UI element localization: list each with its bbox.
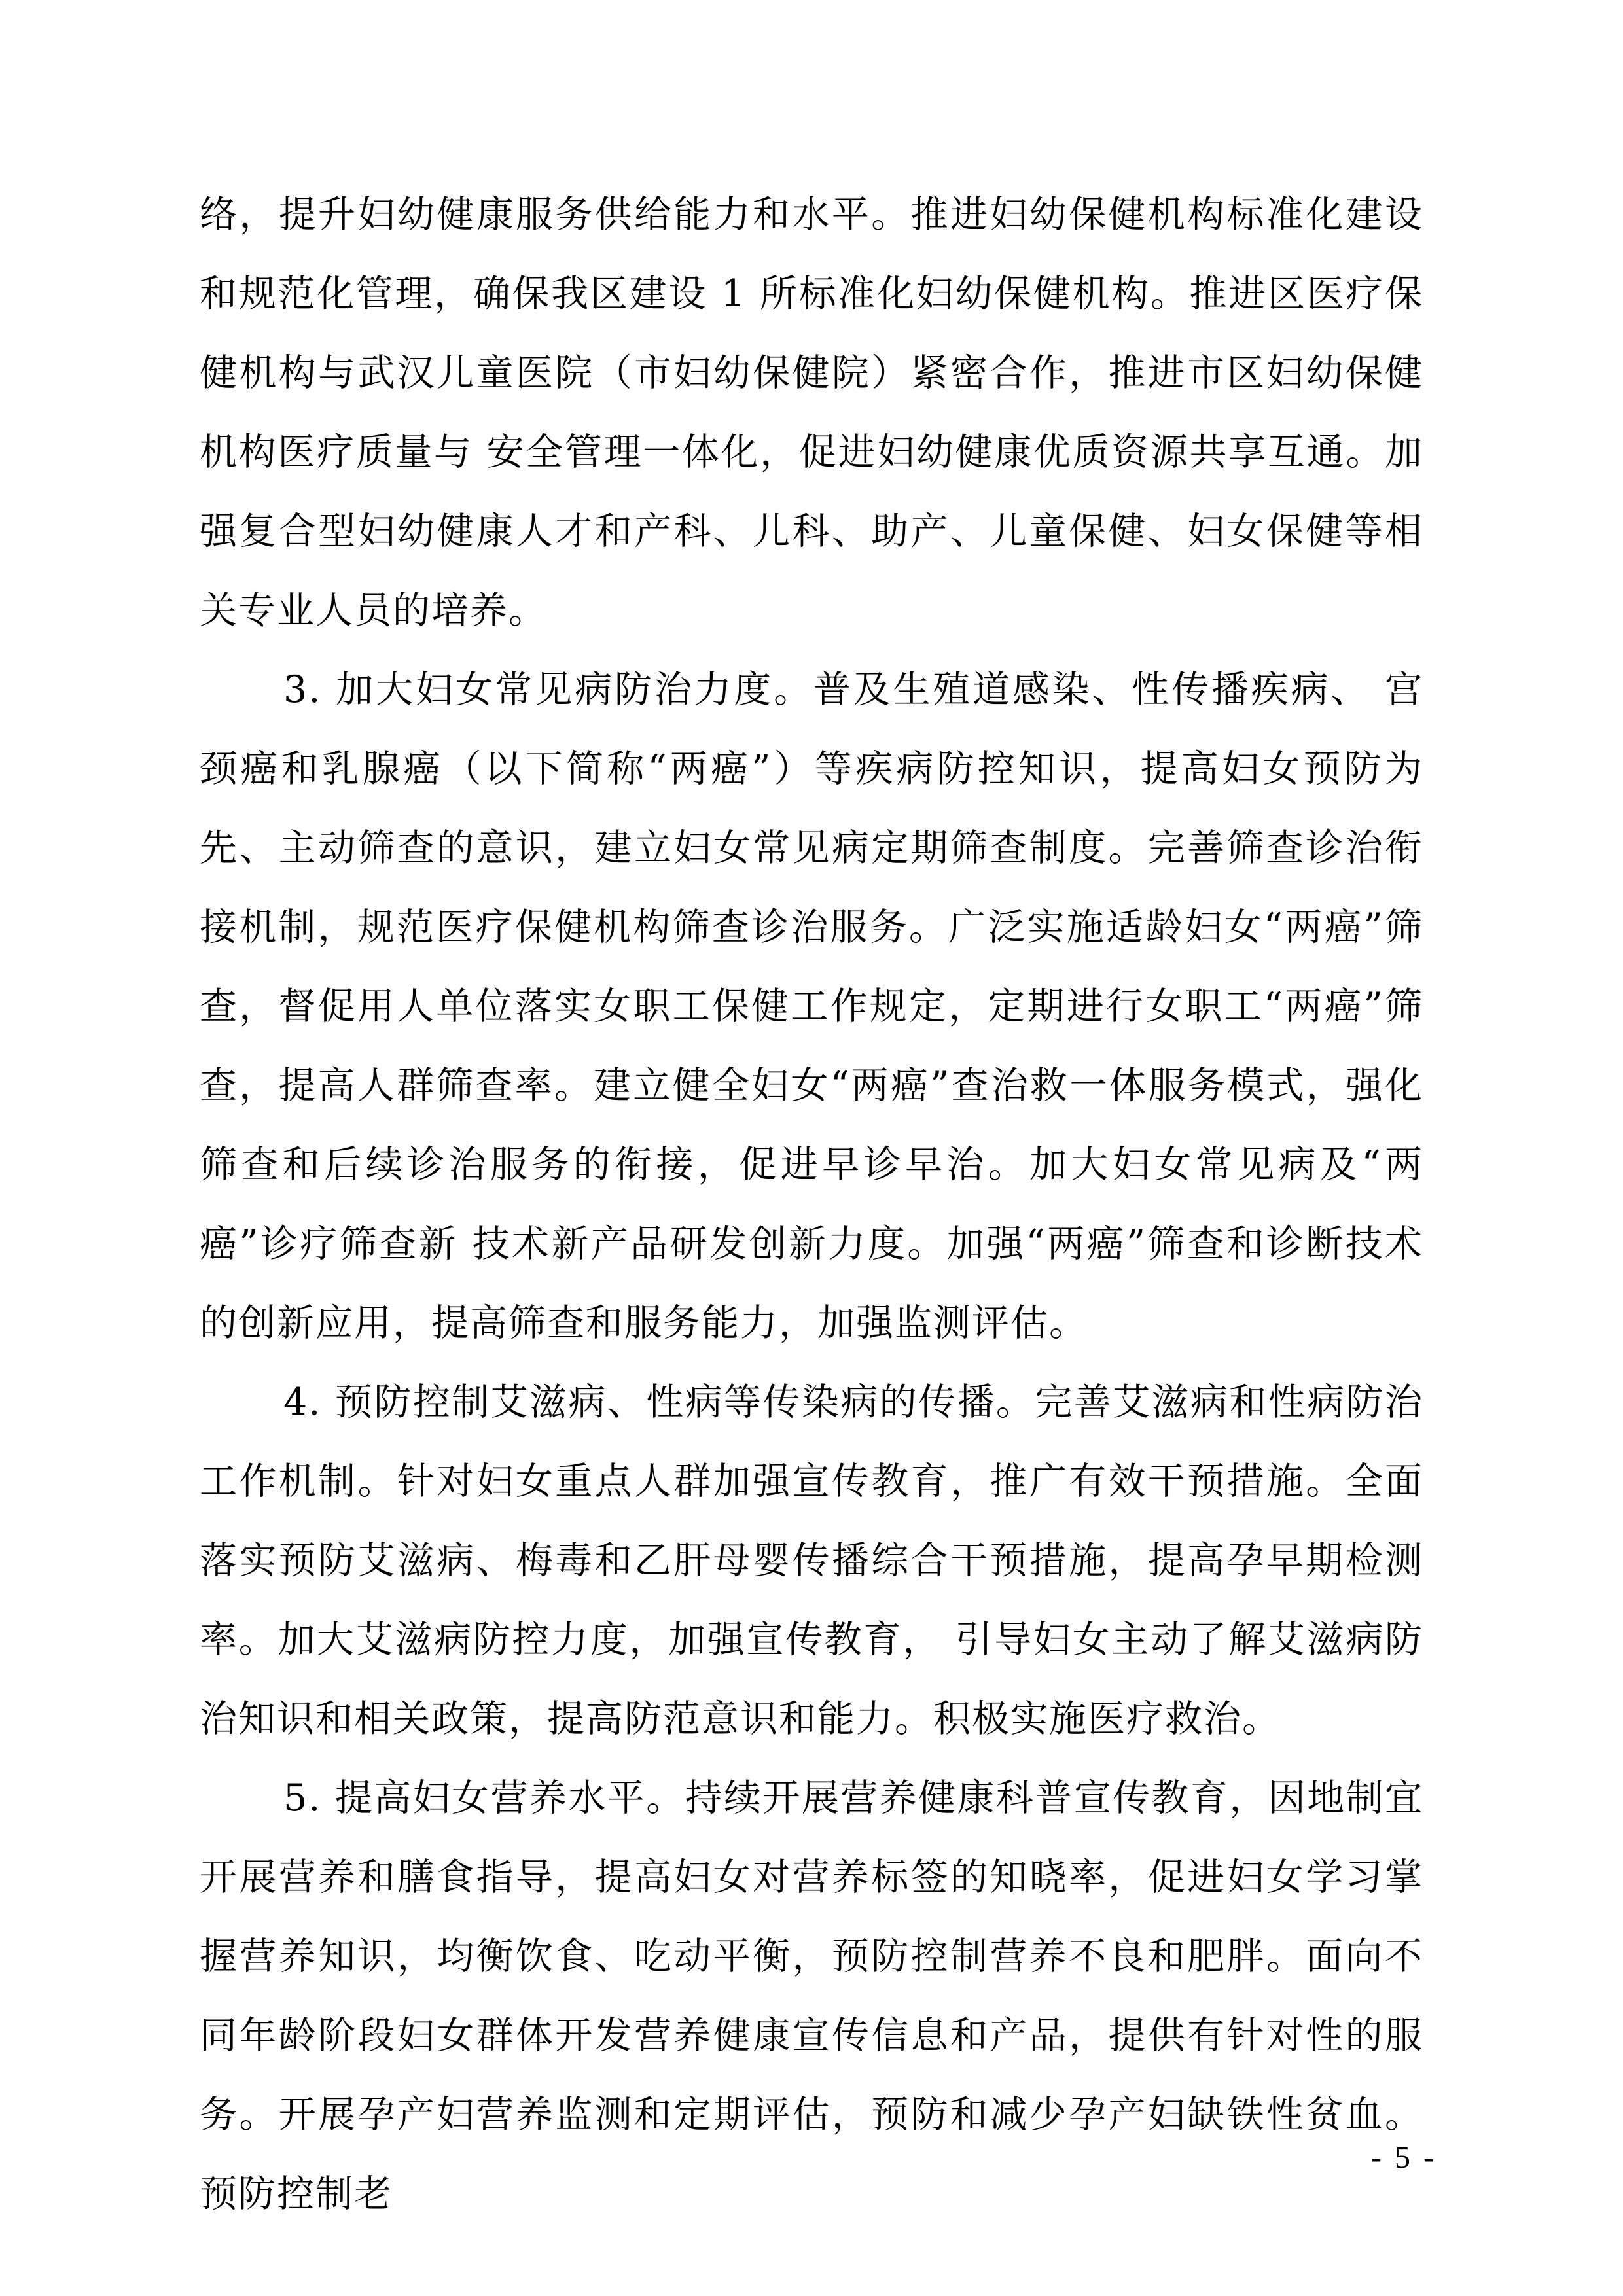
paragraph-item-4-infectious-disease: 4. 预防控制艾滋病、性病等传染病的传播。完善艾滋病和性病防治工作机制。针对妇女… [200, 1363, 1423, 1759]
paragraph-item-5-nutrition: 5. 提高妇女营养水平。持续开展营养健康科普宣传教育，因地制宜开展营养和膳食指导… [200, 1759, 1423, 2234]
paragraph-item-3-gynecological-disease: 3. 加大妇女常见病防治力度。普及生殖道感染、性传播疾病、 宫颈癌和乳腺癌（以下… [200, 650, 1423, 1363]
body-text: 络，提升妇幼健康服务供给能力和水平。推进妇幼保健机构标准化建设和规范化管理，确保… [200, 175, 1423, 2234]
paragraph-continued: 络，提升妇幼健康服务供给能力和水平。推进妇幼保健机构标准化建设和规范化管理，确保… [200, 175, 1423, 650]
document-page: 络，提升妇幼健康服务供给能力和水平。推进妇幼保健机构标准化建设和规范化管理，确保… [0, 0, 1623, 2296]
page-number: - 5 - [1371, 2140, 1436, 2176]
